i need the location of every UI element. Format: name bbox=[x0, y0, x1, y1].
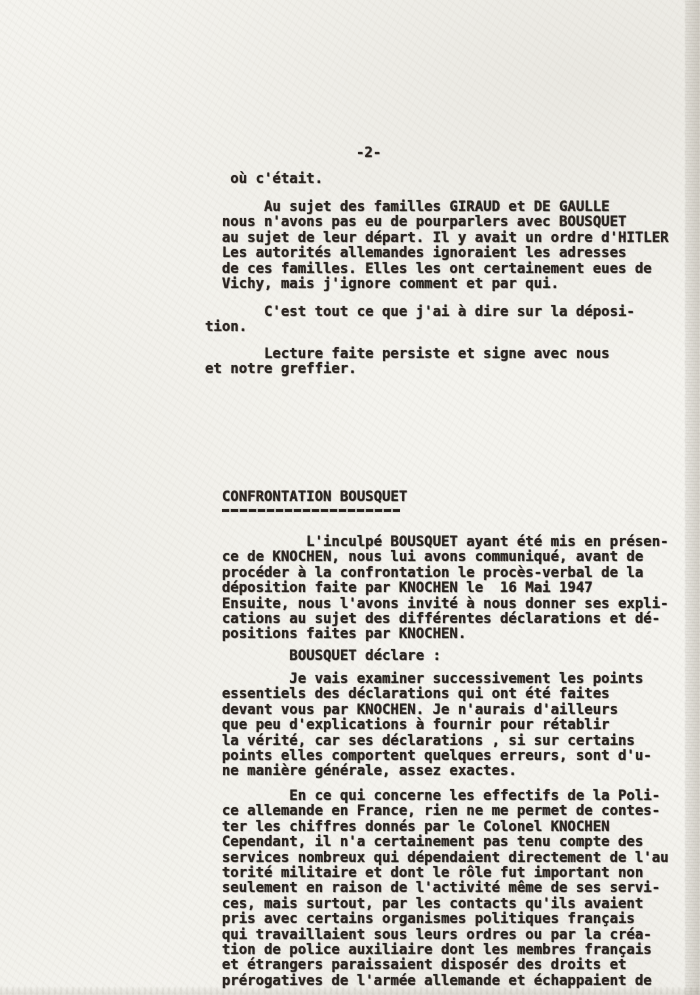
typewritten-line: que peu d'explications à fournir pour ré… bbox=[205, 718, 652, 733]
typewritten-line: Ensuite, nous l'avons invité à nous donn… bbox=[205, 597, 669, 612]
typewritten-line: Cependant, il n'a certainement pas tenu … bbox=[205, 835, 669, 850]
typewritten-line: et étrangers paraissaient disposér des d… bbox=[205, 958, 669, 973]
typewritten-line: Vichy, mais j'ignore comment et par qui. bbox=[205, 277, 669, 292]
typewritten-line: C'est tout ce que j'ai à dire sur la dép… bbox=[205, 305, 635, 320]
typewritten-text: où c'était. Au sujet des familles GIRAUD… bbox=[205, 0, 685, 995]
paragraph-je-vais-examiner: Je vais examiner successivement les poin… bbox=[205, 672, 652, 780]
continuation-line: où c'était. bbox=[205, 172, 323, 187]
typewritten-line: ne manière générale, assez exactes. bbox=[205, 764, 652, 779]
typewritten-line: BOUSQUET déclare : bbox=[205, 649, 441, 664]
heading-underline-dashes bbox=[222, 509, 400, 512]
typewritten-line: de ces familles. Elles les ont certainem… bbox=[205, 262, 669, 277]
typewritten-line: au sujet de leur départ. Il y avait un o… bbox=[205, 231, 669, 246]
paragraph-cest-tout: C'est tout ce que j'ai à dire sur la dép… bbox=[205, 305, 635, 336]
typewritten-line: pris avec certains organismes politiques… bbox=[205, 912, 669, 927]
scan-edge-noise bbox=[685, 0, 700, 995]
paragraph-familles: Au sujet des familles GIRAUD et DE GAULL… bbox=[205, 200, 669, 292]
declaration-lead-in: BOUSQUET déclare : bbox=[205, 649, 441, 664]
typewritten-line: essentiels des déclarations qui ont été … bbox=[205, 687, 652, 702]
typewritten-line: CONFRONTATION BOUSQUET bbox=[205, 490, 407, 505]
paragraph-inculpe: L'inculpé BOUSQUET ayant été mis en prés… bbox=[205, 535, 669, 643]
typewritten-line: ter les chiffres donnés par le Colonel K… bbox=[205, 820, 669, 835]
typewritten-line: services nombreux qui dépendaient direct… bbox=[205, 851, 669, 866]
typewritten-line: prérogatives de l'armée allemande et éch… bbox=[205, 974, 669, 989]
typewritten-line: procéder à la confrontation le procès-ve… bbox=[205, 566, 669, 581]
typewritten-line: seulement en raison de l'activité même d… bbox=[205, 881, 669, 896]
typewritten-line: ce allemande en France, rien ne me perme… bbox=[205, 804, 669, 819]
typewritten-line: qui travaillaient sous leurs ordres ou p… bbox=[205, 928, 669, 943]
section-heading-confrontation: CONFRONTATION BOUSQUET bbox=[205, 490, 407, 512]
typewritten-line: ces, mais surtout, par les contacts qu'i… bbox=[205, 897, 669, 912]
typewritten-line: où c'était. bbox=[205, 172, 323, 187]
typewritten-line: la vérité, car ses déclarations , si sur… bbox=[205, 734, 652, 749]
typewritten-line: positions faites par KNOCHEN. bbox=[205, 627, 669, 642]
typewritten-line: devant vous par KNOCHEN. Je n'aurais d'a… bbox=[205, 703, 652, 718]
typewritten-line: ce de KNOCHEN, nous lui avons communiqué… bbox=[205, 550, 669, 565]
paragraph-effectifs-police: En ce qui concerne les effectifs de la P… bbox=[205, 789, 669, 989]
typewritten-line: tion. bbox=[205, 320, 635, 335]
typewritten-line: déposition faite par KNOCHEN le 16 Mai 1… bbox=[205, 581, 669, 596]
typewritten-line: et notre greffier. bbox=[205, 362, 610, 377]
scanned-page: -2- où c'était. Au sujet des familles GI… bbox=[0, 0, 700, 995]
typewritten-line: Les autorités allemandes ignoraient les … bbox=[205, 246, 669, 261]
typewritten-line: nous n'avons pas eu de pourparlers avec … bbox=[205, 215, 669, 230]
paragraph-lecture: Lecture faite persiste et signe avec nou… bbox=[205, 347, 610, 378]
